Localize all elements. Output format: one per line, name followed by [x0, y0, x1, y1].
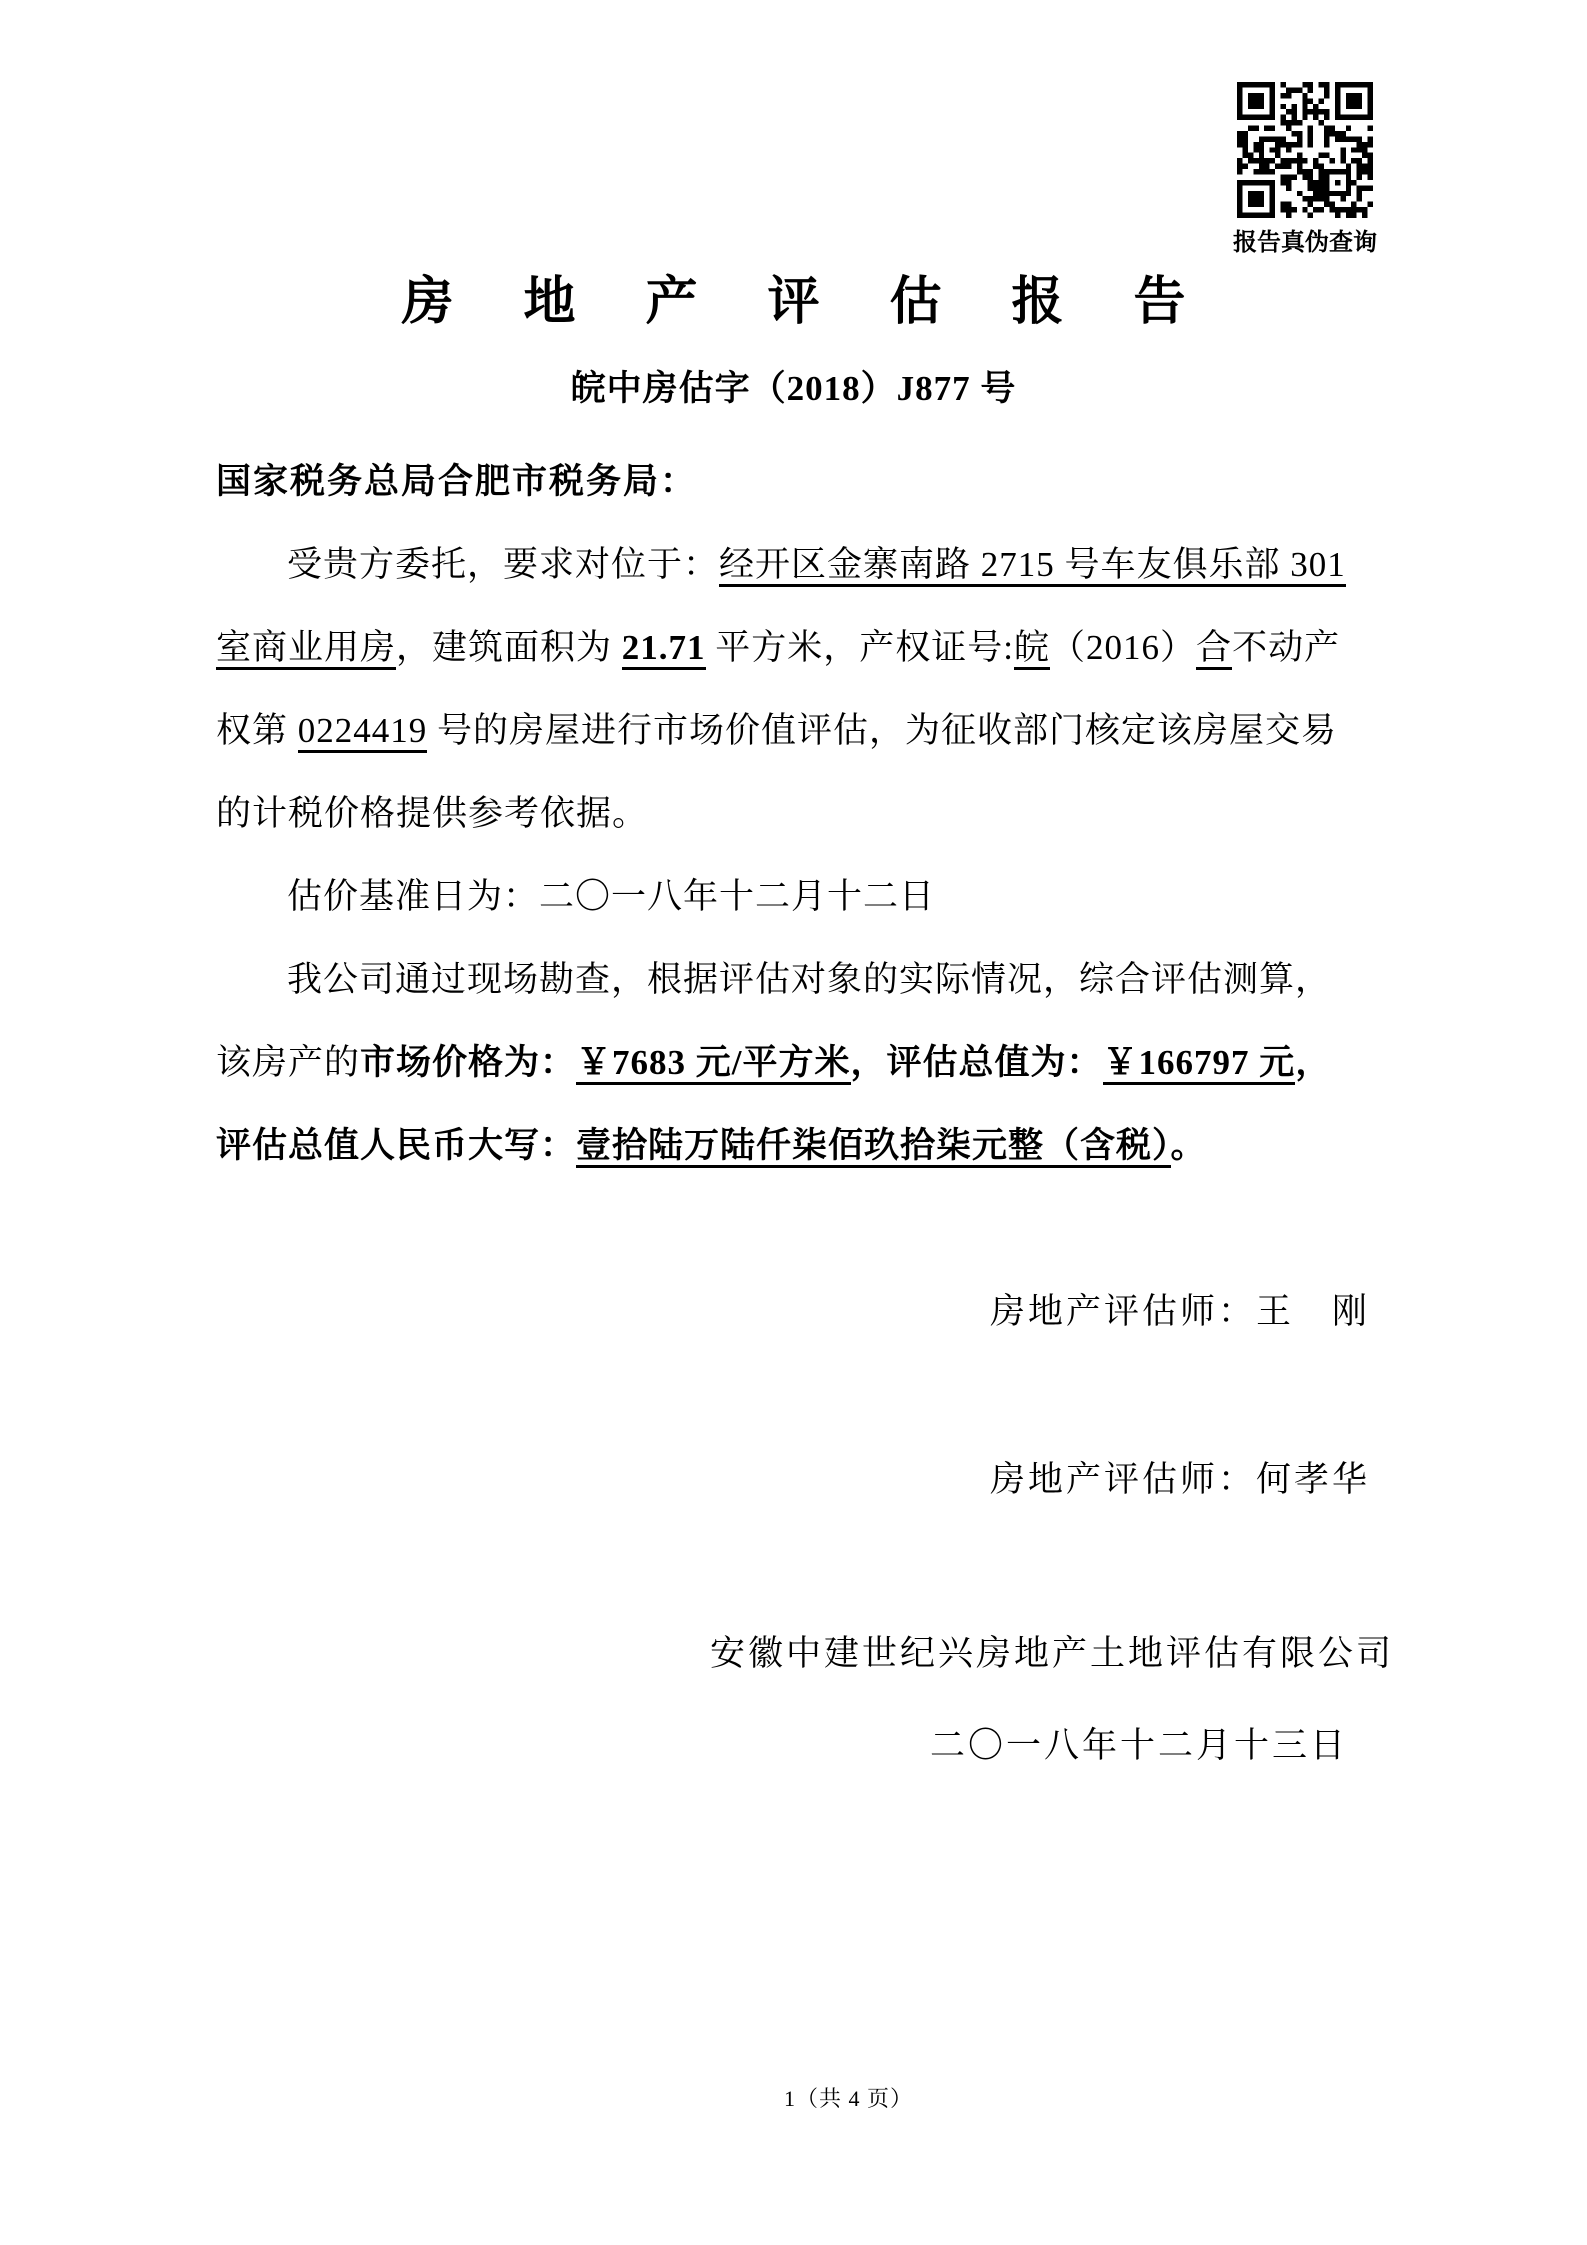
report-body: 国家税务总局合肥市税务局： 受贵方委托，要求对位于：经开区金寨南路 2715 号…	[216, 440, 1392, 1187]
unit-price-label: 市场价格为：	[360, 1043, 576, 1082]
text-segment: 权第	[216, 711, 298, 750]
text-segment: ，	[1295, 1043, 1331, 1082]
recipient-line: 国家税务总局合肥市税务局：	[216, 440, 1392, 523]
qr-code	[1237, 82, 1373, 218]
price-line: 该房产的市场价格为：￥7683 元/平方米，评估总值为：￥166797 元，	[216, 1021, 1392, 1104]
text-segment: 不动产	[1232, 628, 1340, 667]
qr-caption: 报告真伪查询	[1230, 229, 1380, 257]
text-segment: 平方米，产权证号:	[706, 628, 1014, 667]
appraiser-signature-1: 房地产评估师：王 刚	[990, 1284, 1370, 1334]
property-address-part1: 经开区金寨南路 2715 号车友俱乐部 301	[719, 545, 1346, 587]
building-area-value: 21.71	[622, 628, 706, 670]
cert-city: 合	[1196, 628, 1232, 670]
report-page: 报告真伪查询 房地产评估报告 皖中房估字（2018）J877 号 国家税务总局合…	[0, 0, 1587, 2245]
valuation-date-line: 估价基准日为：二〇一八年十二月十二日	[216, 855, 1392, 938]
cert-year: （2016）	[1050, 628, 1196, 667]
cert-province: 皖	[1014, 628, 1050, 670]
appraiser-signature-2: 房地产评估师：何孝华	[990, 1452, 1370, 1502]
total-value: ￥166797 元	[1103, 1043, 1296, 1085]
page-number: 1（共 4 页）	[784, 2082, 913, 2113]
text-segment: 号的房屋进行市场价值评估，为征收部门核定该房屋交易	[427, 711, 1337, 750]
issue-date: 二〇一八年十二月十三日	[930, 1718, 1348, 1768]
cert-number: 0224419	[298, 711, 428, 753]
body-line-3: 权第 0224419 号的房屋进行市场价值评估，为征收部门核定该房屋交易	[216, 689, 1392, 772]
property-address-part2: 室商业用房	[216, 628, 396, 670]
text-segment: ，	[851, 1043, 887, 1082]
body-line-4: 的计税价格提供参考依据。	[216, 772, 1392, 855]
total-value-label: 评估总值为：	[887, 1043, 1103, 1082]
amount-capital-label: 评估总值人民币大写：	[216, 1126, 576, 1165]
survey-line: 我公司通过现场勘查，根据评估对象的实际情况，综合评估测算，	[216, 938, 1392, 1021]
unit-price-value: ￥7683 元/平方米	[576, 1043, 850, 1085]
text-segment: 。	[1171, 1126, 1207, 1165]
company-name: 安徽中建世纪兴房地产土地评估有限公司	[710, 1626, 1394, 1676]
text-segment: ，建筑面积为	[396, 628, 622, 667]
body-line-2: 室商业用房，建筑面积为 21.71 平方米，产权证号:皖（2016）合不动产	[216, 606, 1392, 689]
document-number: 皖中房估字（2018）J877 号	[0, 368, 1587, 410]
text-segment: 该房产的	[216, 1043, 360, 1082]
intro-text: 受贵方委托，要求对位于：	[287, 545, 719, 584]
amount-capital-line: 评估总值人民币大写：壹拾陆万陆仟柒佰玖拾柒元整（含税）。	[216, 1104, 1392, 1187]
body-line-1: 受贵方委托，要求对位于：经开区金寨南路 2715 号车友俱乐部 301	[216, 523, 1392, 606]
report-title: 房地产评估报告	[0, 272, 1587, 334]
amount-capital-value: 壹拾陆万陆仟柒佰玖拾柒元整（含税）	[576, 1126, 1171, 1168]
